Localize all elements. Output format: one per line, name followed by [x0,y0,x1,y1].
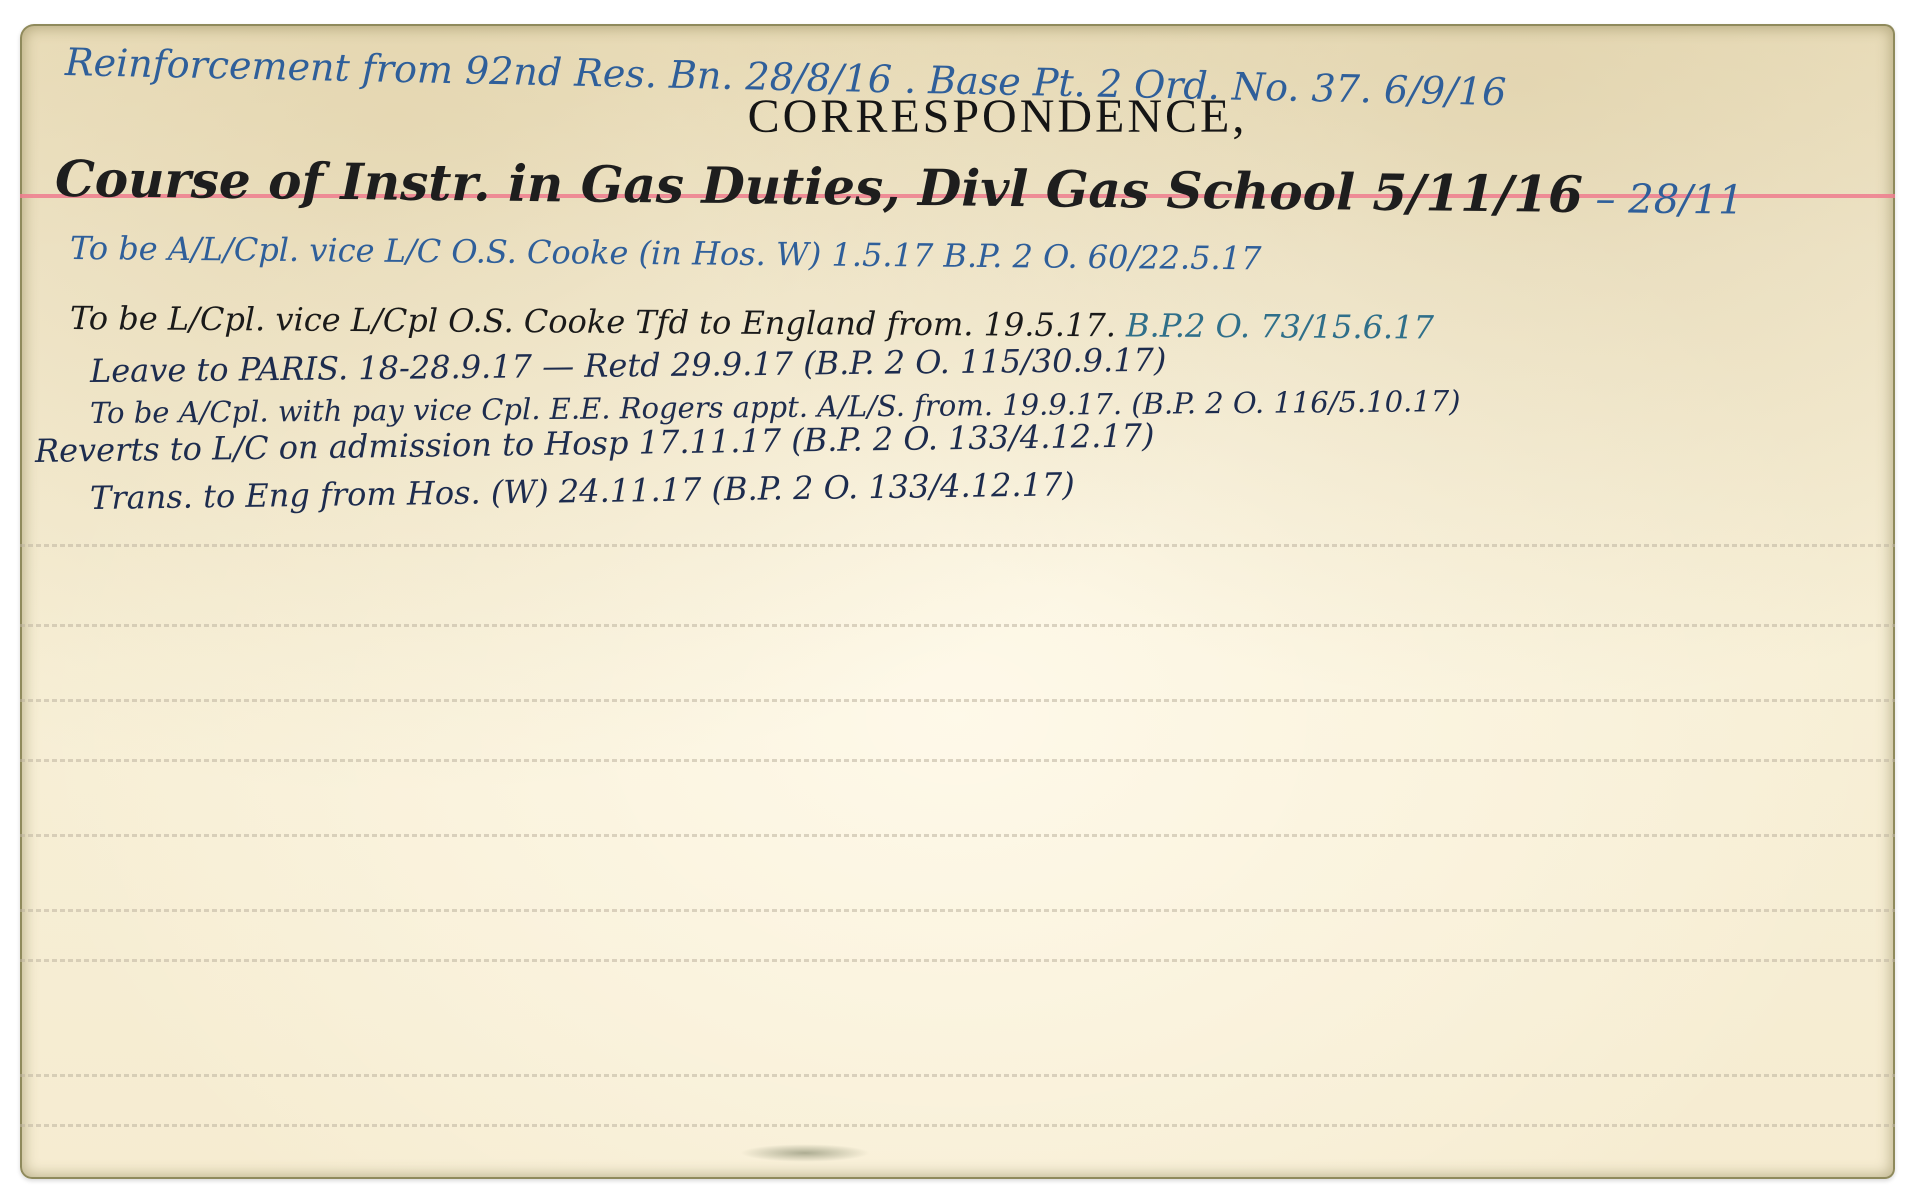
ruled-line [20,624,1895,627]
ruled-line [20,909,1895,912]
ruled-line [20,1074,1895,1077]
entry-transfer-england: Trans. to Eng from Hos. (W) 24.11.17 (B.… [90,465,1075,517]
ink-stain [740,1144,870,1162]
entry-gas-course: Course of Instr. in Gas Duties, Divl Gas… [55,149,1744,226]
entry-gas-course-end-date: – 28/11 [1583,176,1744,224]
entry-gas-course-text: Course of Instr. in Gas Duties, Divl Gas… [55,149,1584,224]
ruled-line [20,759,1895,762]
entry-lance-corporal: To be L/Cpl. vice L/Cpl O.S. Cooke Tfd t… [70,299,1434,347]
ruled-line [20,834,1895,837]
entry-lance-corporal-text: To be L/Cpl. vice L/Cpl O.S. Cooke Tfd t… [70,299,1116,344]
entry-acting-lance-corporal: To be A/L/Cpl. vice L/C O.S. Cooke (in H… [70,229,1262,277]
correspondence-card: CORRESPONDENCE, Reinforcement from 92nd … [20,24,1895,1179]
ruled-line [20,1124,1895,1127]
ruled-line [20,544,1895,547]
ruled-line [20,699,1895,702]
entry-paris-leave: Leave to PARIS. 18-28.9.17 — Retd 29.9.1… [90,341,1167,390]
ruled-line [20,959,1895,962]
